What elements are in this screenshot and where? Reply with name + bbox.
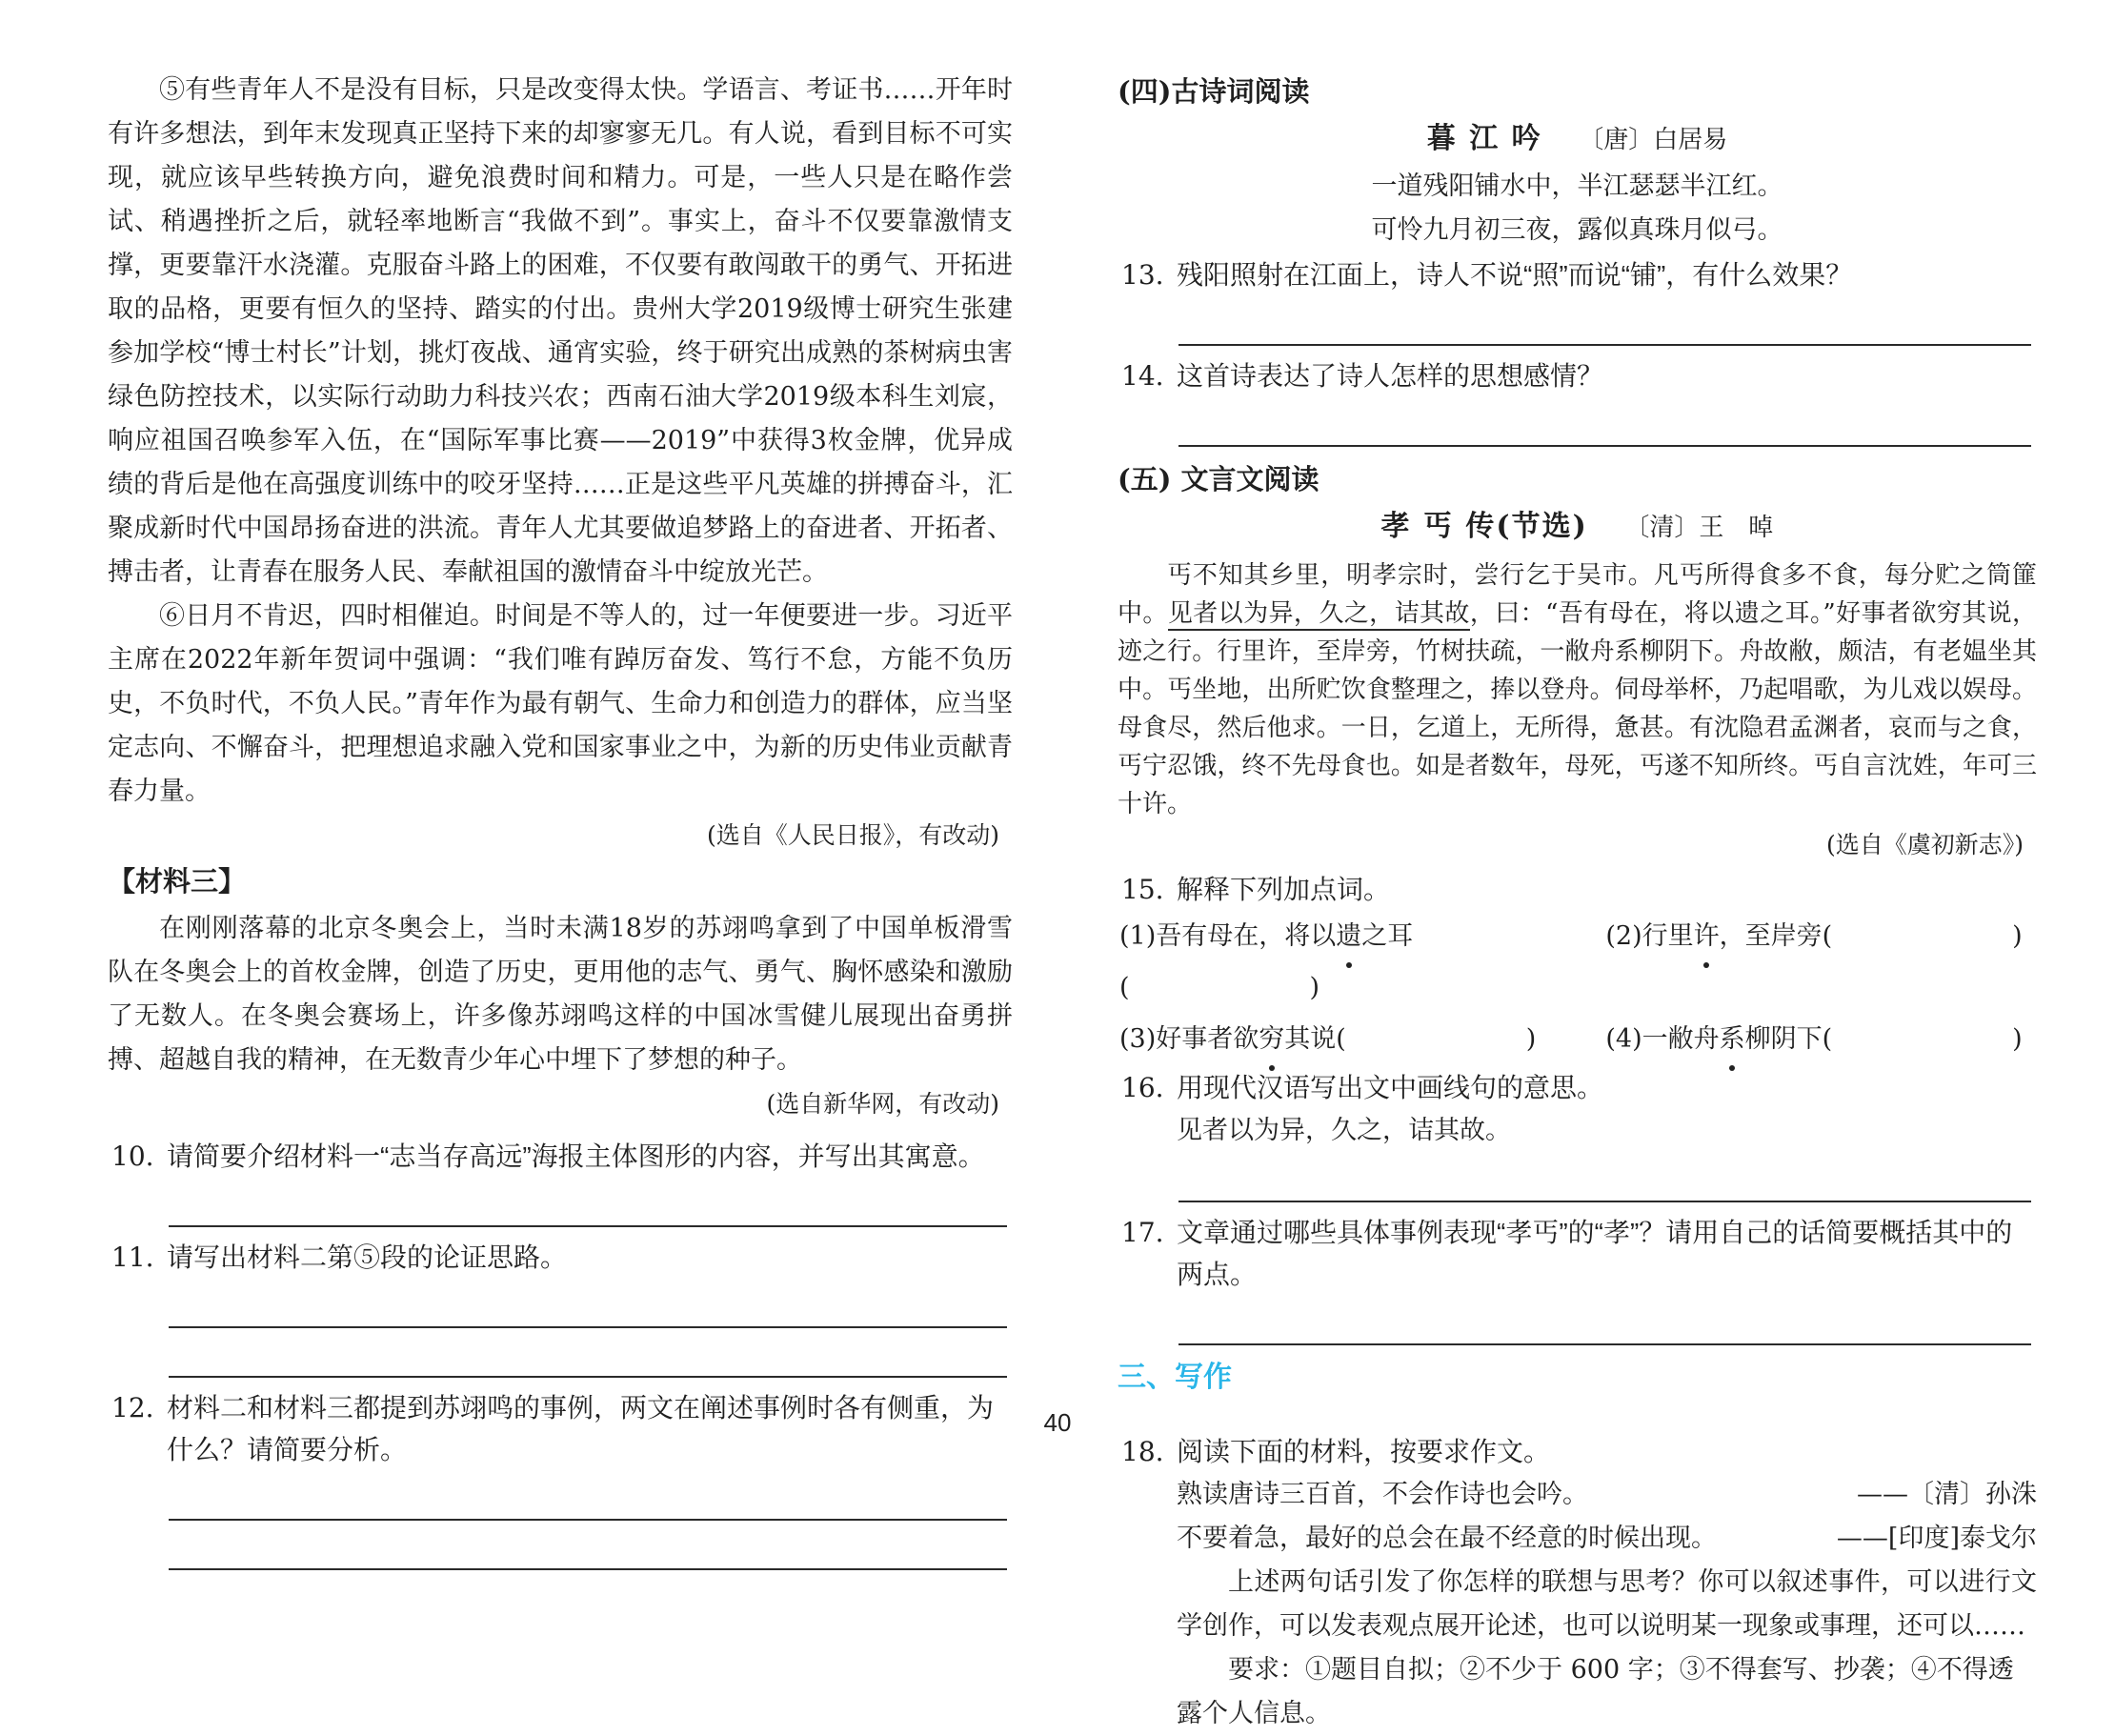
q15-item-4-number: (4) — [1605, 1024, 1642, 1054]
q15-item-2: (2)行里许，至岸旁( ) — [1605, 911, 2037, 1014]
question-16-text: 用现代汉语写出文中画线句的意思。 — [1177, 1073, 1603, 1102]
q15-item-1: (1)吾有母在，将以遗之耳( ) — [1119, 911, 1605, 1014]
question-16-number: 16. — [1121, 1067, 1164, 1109]
question-10-number: 10. — [111, 1136, 154, 1178]
classical-source: (选自《虞初新志》) — [1118, 823, 2024, 867]
q18-requirements: 要求：①题目自拟；②不少于 600 字；③不得套写、抄袭；④不得透露个人信息。 — [1118, 1648, 2037, 1736]
q15-item-1-dotted-char: 遗 — [1336, 911, 1361, 962]
material3-paragraph: 在刚刚落幕的北京冬奥会上，当时未满18岁的苏翊鸣拿到了中国单板滑雪队在冬奥会上的… — [108, 907, 1013, 1082]
q15-item-2-blank: ( ) — [1823, 921, 2023, 951]
question-10-text: 请简要介绍材料一“志当存高远”海报主体图形的内容，并写出其寓意。 — [167, 1141, 985, 1171]
question-14: 14. 这首诗表达了诗人怎样的思想感情？ — [1118, 355, 2037, 397]
question-14-text: 这首诗表达了诗人怎样的思想感情？ — [1177, 361, 1603, 391]
q15-item-3-blank: ( ) — [1336, 1024, 1536, 1054]
material2-source: (选自《人民日报》，有改动) — [108, 814, 999, 858]
classical-passage: 丐不知其乡里，明孝宗时，尝行乞于吴市。凡丐所得食多不食，每分贮之筒篚中。见者以为… — [1118, 556, 2037, 823]
q15-item-1-number: (1) — [1119, 921, 1156, 951]
question-11-number: 11. — [111, 1237, 154, 1279]
q15-item-3-number: (3) — [1119, 1024, 1156, 1054]
classical-underlined-sentence: 见者以为异，久之，诘其故 — [1168, 599, 1470, 631]
classical-title-line: 孝 丐 传(节选) 〔清〕王 晫 — [1118, 502, 2037, 553]
question-10: 10. 请简要介绍材料一“志当存高远”海报主体图形的内容，并写出其寓意。 — [108, 1136, 1013, 1178]
question-12: 12. 材料二和材料三都提到苏翊鸣的事例，两文在阐述事例时各有侧重，为什么？请简… — [108, 1387, 1013, 1471]
answer-line — [1178, 296, 2031, 346]
section-5-title: (五) 文言文阅读 — [1118, 456, 2037, 502]
poem-line-2: 可怜九月初三夜，露似真珠月似弓。 — [1118, 209, 2037, 252]
q15-item-2-dotted-char: 许 — [1694, 911, 1720, 962]
q15-item-2-pre: 行里 — [1642, 921, 1694, 951]
question-13-text: 残阳照射在江面上，诗人不说“照”而说“铺”，有什么效果？ — [1177, 260, 1852, 290]
question-11: 11. 请写出材料二第⑤段的论证思路。 — [108, 1237, 1013, 1279]
q18-quote-2: 不要着急，最好的总会在最不经意的时候出现。 — [1177, 1517, 1717, 1561]
material2-paragraph-5: ⑤有些青年人不是没有目标，只是改变得太快。学语言、考证书……开年时有许多想法，到… — [108, 69, 1013, 595]
q15-item-1-post: 之耳 — [1361, 921, 1413, 951]
answer-line — [1178, 1153, 2031, 1202]
question-14-number: 14. — [1121, 355, 1164, 397]
material3-heading: 【材料三】 — [108, 858, 1013, 907]
question-16-quoted-sentence: 见者以为异，久之，诘其故。 — [1118, 1109, 2037, 1153]
q15-item-2-number: (2) — [1605, 921, 1642, 951]
q18-prompt-paragraph: 上述两句话引发了你怎样的联想与思考？你可以叙述事件，可以进行文学创作，可以发表观… — [1118, 1561, 2037, 1648]
poem-title-line: 暮 江 吟 〔唐〕白居易 — [1118, 114, 2037, 165]
question-16: 16. 用现代汉语写出文中画线句的意思。 — [1118, 1067, 2037, 1109]
question-13-number: 13. — [1121, 254, 1164, 296]
answer-line — [169, 1178, 1007, 1227]
answer-line — [1178, 1296, 2031, 1345]
question-17-number: 17. — [1121, 1212, 1164, 1254]
q18-quote-2-attribution: ——[印度]泰戈尔 — [1837, 1517, 2037, 1561]
q15-item-3: (3)好事者欲穷其说( ) — [1119, 1014, 1605, 1065]
question-12-number: 12. — [111, 1387, 154, 1429]
question-18-number: 18. — [1121, 1431, 1164, 1473]
q18-quote-2-row: 不要着急，最好的总会在最不经意的时候出现。 ——[印度]泰戈尔 — [1118, 1517, 2037, 1561]
question-17-text: 文章通过哪些具体事例表现“孝丐”的“孝”？请用自己的话简要概括其中的两点。 — [1177, 1218, 2012, 1289]
q15-item-3-dotted-char: 穷 — [1259, 1014, 1284, 1065]
section-4-title: (四)古诗词阅读 — [1118, 69, 2037, 114]
q15-item-1-pre: 吾有母在，将以 — [1156, 921, 1336, 951]
question-15-number: 15. — [1121, 869, 1164, 911]
question-18: 18. 阅读下面的材料，按要求作文。 — [1118, 1431, 2037, 1473]
q15-item-4-dotted-char: 系 — [1720, 1014, 1745, 1065]
page-number: 40 — [1044, 1408, 1072, 1438]
q15-item-3-post: 其说 — [1284, 1024, 1336, 1054]
poem-author: 〔唐〕白居易 — [1579, 126, 1727, 154]
q18-quote-1-attribution: ——〔清〕孙洙 — [1857, 1473, 2037, 1517]
question-18-text: 阅读下面的材料，按要求作文。 — [1177, 1437, 1550, 1466]
question-15-items: (1)吾有母在，将以遗之耳( ) (2)行里许，至岸旁( ) (3)好事者欲穷其… — [1119, 911, 2037, 1065]
classical-author: 〔清〕王 晫 — [1624, 514, 1773, 542]
answer-line — [169, 1328, 1007, 1378]
material2-paragraph-6: ⑥日月不肯迟，四时相催迫。时间是不等人的，过一年便要进一步。习近平主席在2022… — [108, 595, 1013, 814]
q15-item-4-blank: ( ) — [1823, 1024, 2023, 1054]
answer-line — [169, 1471, 1007, 1521]
answer-line — [1178, 397, 2031, 447]
poem-line-1: 一道残阳铺水中，半江瑟瑟半江红。 — [1118, 165, 2037, 209]
poem-title: 暮 江 吟 — [1427, 122, 1542, 155]
q18-quote-1: 熟读唐诗三百首，不会作诗也会吟。 — [1177, 1473, 1588, 1517]
q15-item-1-blank: ( ) — [1119, 973, 1319, 1002]
q15-item-4-pre: 一敝舟 — [1642, 1024, 1720, 1054]
q15-item-2-post: ，至岸旁 — [1720, 921, 1823, 951]
question-11-text: 请写出材料二第⑤段的论证思路。 — [167, 1242, 567, 1272]
question-12-text: 材料二和材料三都提到苏翊鸣的事例，两文在阐述事例时各有侧重，为什么？请简要分析。 — [167, 1393, 994, 1464]
question-15: 15. 解释下列加点词。 — [1118, 869, 2037, 911]
answer-line — [169, 1521, 1007, 1570]
question-13: 13. 残阳照射在江面上，诗人不说“照”而说“铺”，有什么效果？ — [1118, 254, 2037, 296]
q15-item-4: (4)一敝舟系柳阴下( ) — [1605, 1014, 2037, 1065]
right-column: (四)古诗词阅读 暮 江 吟 〔唐〕白居易 一道残阳铺水中，半江瑟瑟半江红。 可… — [1118, 69, 2037, 1736]
classical-title: 孝 丐 传(节选) — [1381, 510, 1588, 543]
material3-source: (选自新华网，有改动) — [108, 1082, 999, 1126]
question-17: 17. 文章通过哪些具体事例表现“孝丐”的“孝”？请用自己的话简要概括其中的两点… — [1118, 1212, 2037, 1296]
answer-line — [169, 1279, 1007, 1328]
classical-text-post: ，曰：“吾有母在，将以遗之耳。”好事者欲穷其说，迹之行。行里许，至岸旁，竹树扶疏… — [1118, 599, 2037, 818]
q18-quote-1-row: 熟读唐诗三百首，不会作诗也会吟。 ——〔清〕孙洙 — [1118, 1473, 2037, 1517]
question-15-text: 解释下列加点词。 — [1177, 875, 1390, 904]
left-column: ⑤有些青年人不是没有目标，只是改变得太快。学语言、考证书……开年时有许多想法，到… — [108, 69, 1013, 1570]
q15-item-4-post: 柳阴下 — [1745, 1024, 1823, 1054]
section-writing-title: 三、写作 — [1118, 1353, 2037, 1403]
q15-item-3-pre: 好事者欲 — [1156, 1024, 1259, 1054]
